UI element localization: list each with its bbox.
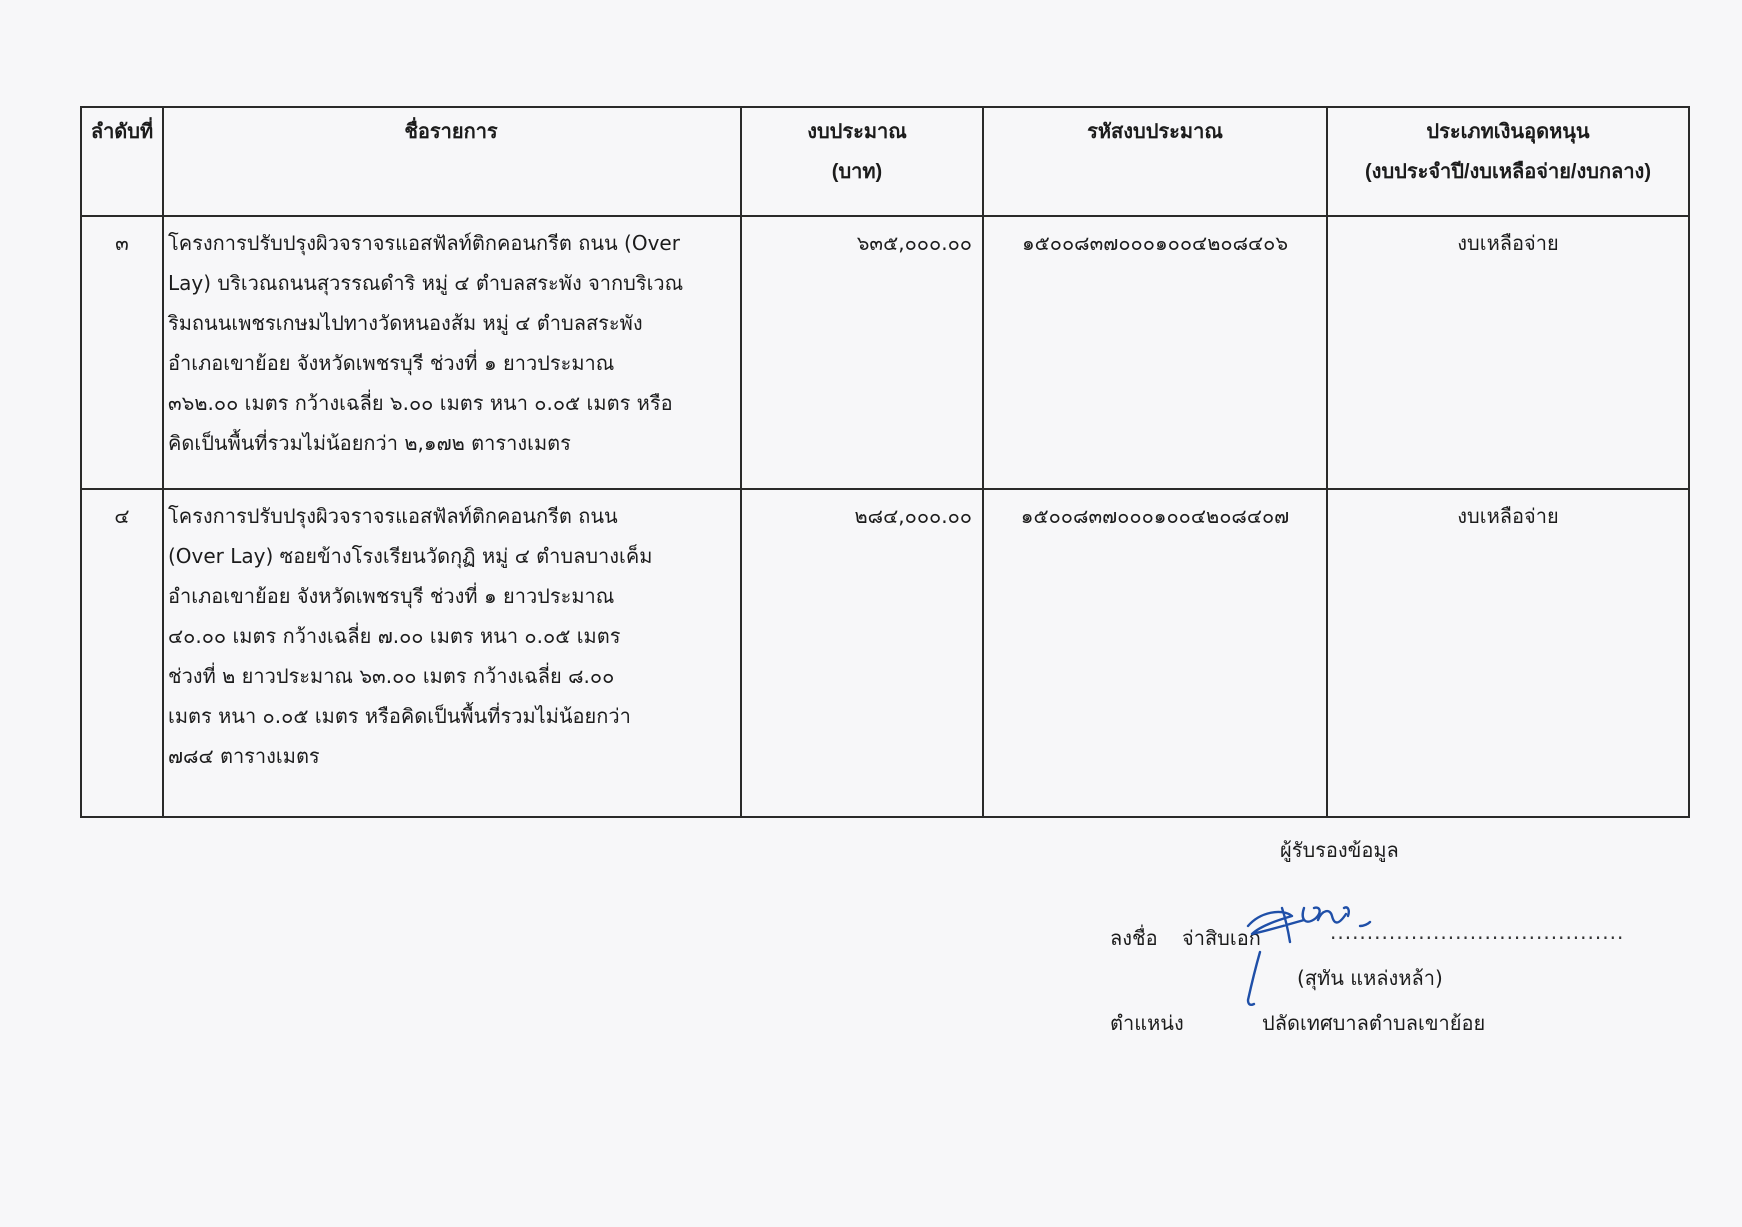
budget-table: ลำดับที่ ชื่อรายการ งบประมาณ (บาท) รหัสง…	[80, 106, 1690, 818]
row-subsidy-type: งบเหลือจ่าย	[1327, 489, 1689, 817]
header-no: ลำดับที่	[81, 107, 163, 216]
position-value: ปลัดเทศบาลตำบลเขาย้อย	[1262, 1007, 1485, 1039]
header-code: รหัสงบประมาณ	[983, 107, 1327, 216]
header-type: ประเภทเงินอุดหนุน (งบประจำปี/งบเหลือจ่าย…	[1327, 107, 1689, 216]
row-no: ๓	[81, 216, 163, 489]
header-name: ชื่อรายการ	[163, 107, 741, 216]
position-label: ตำแหน่ง	[1110, 1007, 1184, 1039]
row-subsidy-type: งบเหลือจ่าย	[1327, 216, 1689, 489]
row-name: โครงการปรับปรุงผิวจราจรแอสฟัลท์ติกคอนกรี…	[163, 216, 741, 489]
table-row: ๓ โครงการปรับปรุงผิวจราจรแอสฟัลท์ติกคอนก…	[81, 216, 1689, 489]
row-no: ๔	[81, 489, 163, 817]
row-amount: ๖๓๕,๐๐๐.๐๐	[741, 216, 983, 489]
row-budget-code: ๑๕๐๐๘๓๗๐๐๐๑๐๐๔๒๐๘๔๐๖	[983, 216, 1327, 489]
row-amount: ๒๘๔,๐๐๐.๐๐	[741, 489, 983, 817]
header-amount: งบประมาณ (บาท)	[741, 107, 983, 216]
table-header-row: ลำดับที่ ชื่อรายการ งบประมาณ (บาท) รหัสง…	[81, 107, 1689, 216]
table-row: ๔ โครงการปรับปรุงผิวจราจรแอสฟัลท์ติกคอนก…	[81, 489, 1689, 817]
row-budget-code: ๑๕๐๐๘๓๗๐๐๐๑๐๐๔๒๐๘๔๐๗	[983, 489, 1327, 817]
document-page: ลำดับที่ ชื่อรายการ งบประมาณ (บาท) รหัสง…	[0, 0, 1742, 1227]
handwritten-signature-icon	[1230, 886, 1410, 1006]
row-name: โครงการปรับปรุงผิวจราจรแอสฟัลท์ติกคอนกรี…	[163, 489, 741, 817]
certifier-title: ผู้รับรองข้อมูล	[1280, 834, 1399, 866]
sign-label: ลงชื่อ	[1110, 922, 1158, 954]
